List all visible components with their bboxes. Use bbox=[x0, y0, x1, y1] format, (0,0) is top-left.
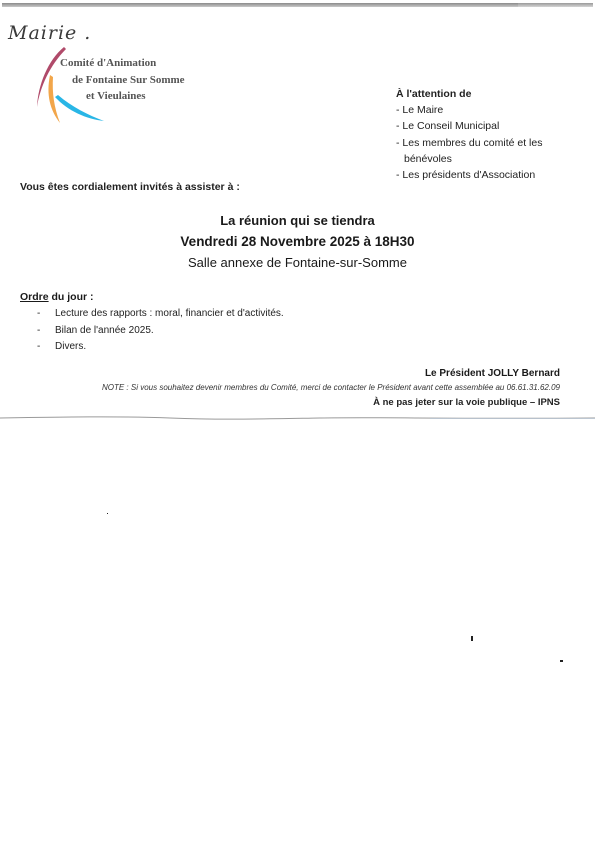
agenda-item: - Bilan de l'année 2025. bbox=[37, 323, 284, 340]
bullet: - bbox=[37, 306, 55, 323]
organization-name-line-3: et Vieulaines bbox=[86, 90, 146, 102]
president-signature: Le Président JOLLY Bernard bbox=[425, 368, 560, 379]
ipns-footer: À ne pas jeter sur la voie publique – IP… bbox=[373, 397, 560, 408]
attention-item: bénévoles bbox=[396, 151, 542, 167]
scan-speck bbox=[107, 513, 108, 514]
attention-block: À l'attention de - Le Maire - Le Conseil… bbox=[396, 86, 542, 183]
tear-line bbox=[0, 415, 595, 421]
meeting-location: Salle annexe de Fontaine-sur-Somme bbox=[0, 255, 595, 270]
attention-item: - Les présidents d'Association bbox=[396, 167, 542, 183]
organization-name-line-1: Comité d'Animation bbox=[60, 57, 156, 69]
membership-note: NOTE : Si vous souhaitez devenir membres… bbox=[102, 383, 560, 392]
attention-item: - Les membres du comité et les bbox=[396, 135, 542, 151]
attention-item: - Le Maire bbox=[396, 102, 542, 118]
agenda-list: - Lecture des rapports : moral, financie… bbox=[37, 306, 284, 356]
scan-top-edge bbox=[2, 3, 521, 7]
organization-name-line-2: de Fontaine Sur Somme bbox=[72, 74, 185, 86]
meeting-heading: La réunion qui se tiendra bbox=[0, 213, 595, 228]
bullet: - bbox=[37, 339, 55, 356]
scan-top-edge-right bbox=[518, 3, 593, 7]
handwritten-note: Mairie . bbox=[8, 22, 91, 44]
scan-speck bbox=[560, 660, 563, 662]
attention-title: À l'attention de bbox=[396, 86, 542, 102]
bullet: - bbox=[37, 323, 55, 340]
invitation-text: Vous êtes cordialement invités à assiste… bbox=[20, 181, 240, 193]
meeting-date: Vendredi 28 Novembre 2025 à 18H30 bbox=[0, 234, 595, 249]
agenda-item: - Divers. bbox=[37, 339, 284, 356]
agenda-item: - Lecture des rapports : moral, financie… bbox=[37, 306, 284, 323]
attention-item: - Le Conseil Municipal bbox=[396, 118, 542, 134]
scan-speck bbox=[471, 636, 473, 641]
agenda-title: Ordre du jour : bbox=[20, 291, 94, 303]
